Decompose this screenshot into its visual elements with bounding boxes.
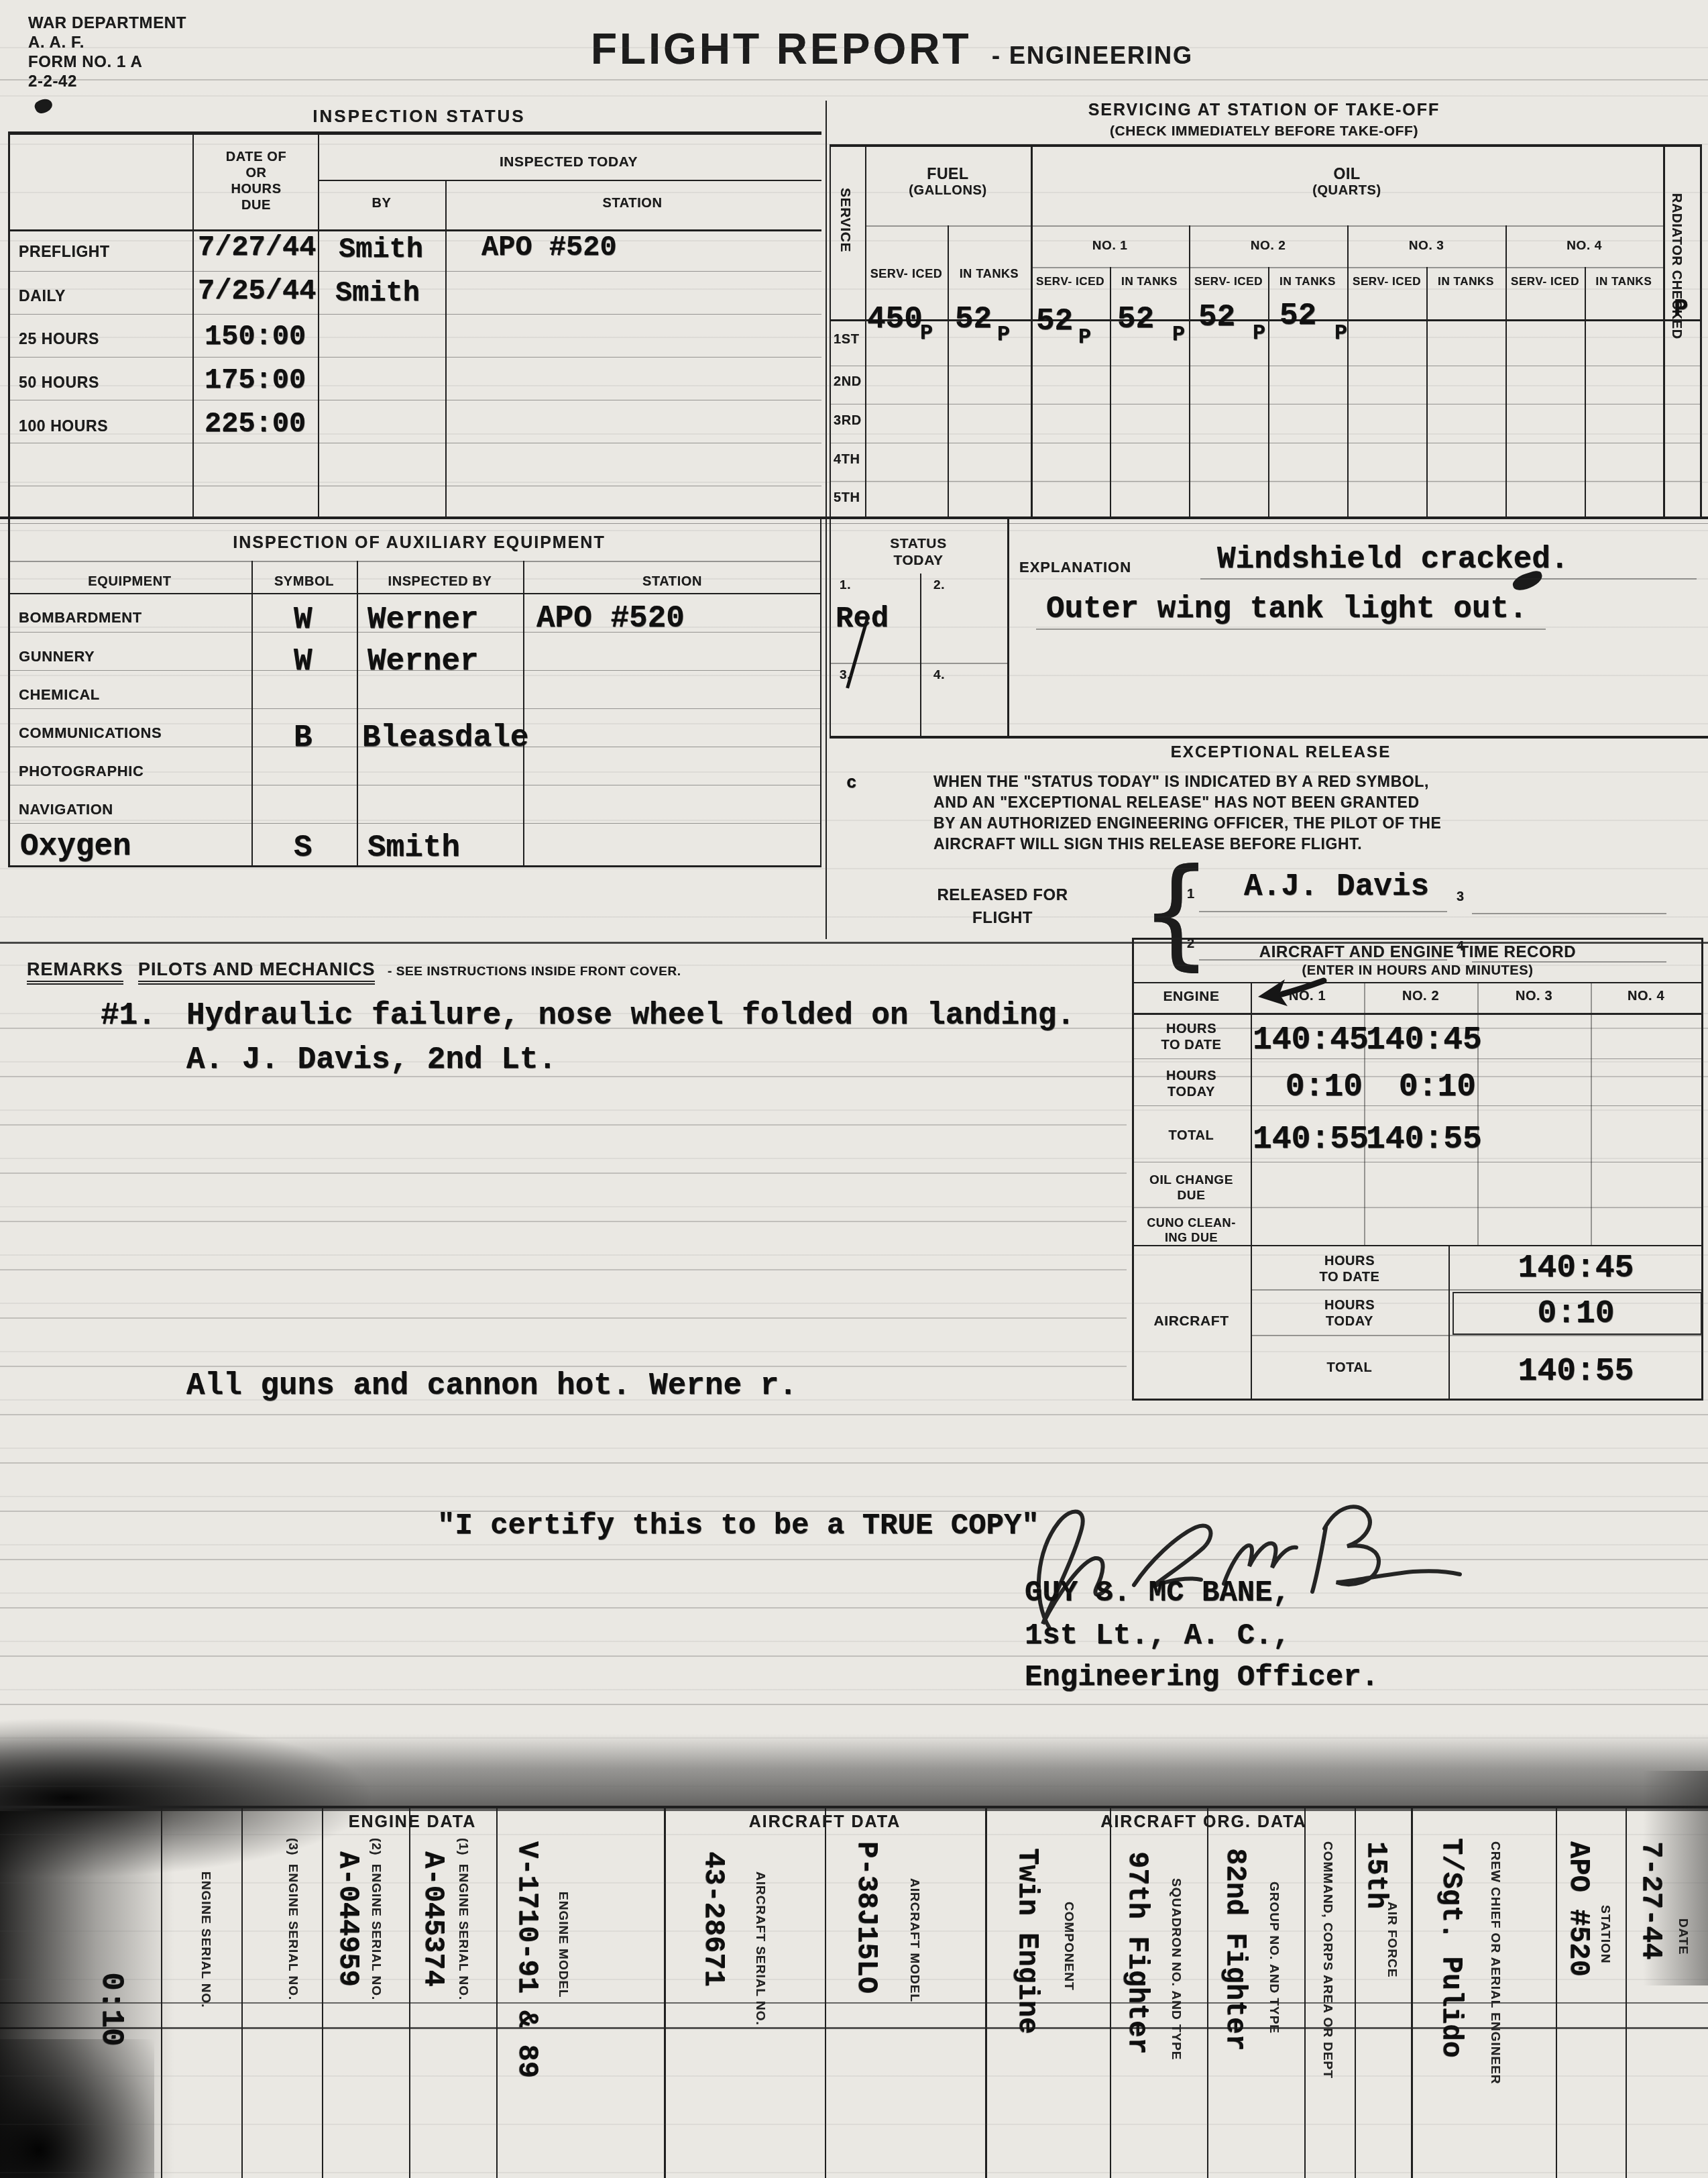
table-border <box>8 561 821 562</box>
header-line: TODAY <box>830 552 1007 569</box>
status-cell-3: 3. <box>840 668 851 683</box>
table-border <box>1132 1245 1703 1246</box>
aircraft-row-label: AIRCRAFT <box>1132 1313 1251 1329</box>
label-line: ING DUE <box>1132 1230 1251 1245</box>
table-border <box>830 144 831 518</box>
rule-line <box>1036 629 1546 630</box>
bombardment-by-entry: Werner <box>367 602 479 637</box>
rule-line <box>1200 578 1697 580</box>
label-line: HOURS <box>1251 1253 1448 1269</box>
table-border <box>1364 982 1365 1245</box>
bombardment-symbol-entry: W <box>294 602 312 637</box>
aircraft-hours-to-date-value: 140:45 <box>1448 1250 1703 1287</box>
serviced-subheader: SERV- ICED <box>1031 275 1110 288</box>
oil-header: OIL (QUARTS) <box>1031 165 1663 199</box>
scan-dark-corner <box>0 2039 154 2178</box>
label-line: CUNO CLEAN- <box>1132 1215 1251 1230</box>
service-vertical-label: SERVICE <box>837 188 853 335</box>
table-border <box>1585 267 1586 518</box>
table-border <box>1132 1399 1703 1401</box>
stub-column-line <box>409 1808 410 2178</box>
stub-column-line <box>322 1808 323 2178</box>
engine1-serial-entry: A-045374 <box>417 1851 449 1987</box>
stub-column-line <box>161 1808 162 2178</box>
row-label-chemical: CHEMICAL <box>19 686 100 704</box>
explanation-line-2: Outer wing tank light out. <box>1046 592 1528 627</box>
oxygen-by-entry: Smith <box>367 830 460 865</box>
engine1-hours-today: 0:10 <box>1253 1069 1363 1105</box>
aux-equipment-heading: INSPECTION OF AUXILIARY EQUIPMENT <box>101 533 738 553</box>
rule-line <box>1472 913 1666 914</box>
agency-line: WAR DEPARTMENT <box>28 13 186 33</box>
service-row-2nd: 2ND <box>834 374 862 390</box>
row-label-gunnery: GUNNERY <box>19 648 95 665</box>
table-border <box>318 131 319 518</box>
radiator-checked-vertical-label: RADIATOR CHECKED <box>1668 156 1699 377</box>
initial-p: P <box>1172 322 1185 347</box>
stub-column-line <box>825 1808 826 2178</box>
header-line: FLIGHT <box>909 907 1096 930</box>
rule-line <box>8 785 821 785</box>
page-title: FLIGHT REPORT - ENGINEERING <box>557 24 1227 74</box>
table-border <box>1031 267 1663 268</box>
stub-column-line <box>1110 1808 1111 2178</box>
header-line: DUE <box>196 197 317 213</box>
table-border <box>1347 225 1349 518</box>
stub-col-num: (2) <box>369 1838 383 1855</box>
serviced-subheader: SERV- ICED <box>1189 275 1268 288</box>
table-border <box>1110 267 1111 518</box>
stub-time-stamp: 0:10 <box>94 1972 129 2046</box>
hours-50-entry: 175:00 <box>205 364 306 396</box>
rule-line <box>8 314 821 315</box>
stub-col-num: (1) <box>456 1838 470 1855</box>
stub-label: (1) ENGINE SERIAL NO. <box>455 1838 470 2000</box>
table-border <box>865 225 1663 227</box>
stub-col-label: ENGINE SERIAL NO. <box>198 1871 213 2008</box>
header-line: RELEASED FOR <box>909 884 1096 907</box>
stub-column-line <box>241 1808 243 2178</box>
table-border <box>1132 938 1134 1401</box>
stub-col-label: DATE <box>1675 1918 1690 1955</box>
engine-no2-header: NO. 2 <box>1364 989 1477 1004</box>
table-border <box>1477 982 1479 1245</box>
rule-line <box>0 523 1708 524</box>
rule-line <box>830 366 1701 366</box>
stub-col-label: SQUADRON NO. AND TYPE <box>1168 1878 1183 2061</box>
rule-line <box>0 1269 1127 1270</box>
squadron-entry: 97th Fighter <box>1121 1851 1153 2054</box>
oil2-tanks-entry: 52 <box>1279 298 1316 333</box>
bombardment-station-entry: APO #520 <box>536 601 685 636</box>
table-border <box>1251 982 1252 1401</box>
remarks-word: REMARKS <box>27 959 123 985</box>
table-border <box>8 593 821 594</box>
oil-no4-header: NO. 4 <box>1505 239 1663 254</box>
header-line: FUEL <box>865 165 1031 183</box>
aircraft-model-entry: P-38J15LO <box>850 1841 883 1994</box>
paragraph-line: AIRCRAFT WILL SIGN THIS RELEASE BEFORE F… <box>933 834 1651 855</box>
rule-line <box>830 404 1701 404</box>
stub-col-label: AIRCRAFT MODEL <box>907 1878 921 2002</box>
time-record-heading: AIRCRAFT AND ENGINE TIME RECORD <box>1132 943 1703 962</box>
rule-line <box>0 1414 1708 1415</box>
in-tanks-subheader: IN TANKS <box>1110 275 1189 288</box>
engine1-hours-to-date: 140:45 <box>1253 1022 1363 1058</box>
rule-line <box>8 486 821 486</box>
time-record-subheading: (ENTER IN HOURS AND MINUTES) <box>1132 963 1703 979</box>
table-border <box>0 1806 1708 1808</box>
remarks-heading: REMARKS PILOTS AND MECHANICS - SEE INSTR… <box>27 959 681 980</box>
stub-col-label: ENGINE SERIAL NO. <box>369 1864 383 2001</box>
remark-item-number: #1. <box>101 998 156 1033</box>
rule-line <box>0 79 1708 80</box>
station-header: STATION <box>445 196 819 211</box>
agency-line: A. A. F. <box>28 33 186 52</box>
status-cell-2: 2. <box>933 578 945 593</box>
engine-col-header: ENGINE <box>1132 989 1251 1005</box>
by-header: BY <box>318 196 445 211</box>
header-line: HOURS <box>196 181 317 197</box>
label-line: DUE <box>1132 1188 1251 1203</box>
label-line: HOURS <box>1251 1297 1448 1313</box>
stub-date-entry: 7-27-44 <box>1635 1841 1667 1959</box>
aircraft-hours-to-date-label: HOURS TO DATE <box>1251 1253 1448 1285</box>
table-border <box>1132 1013 1703 1015</box>
stray-mark: c <box>846 773 857 793</box>
gunnery-symbol-entry: W <box>294 644 312 679</box>
title-sub: - ENGINEERING <box>992 42 1193 69</box>
rule-line <box>0 1366 1127 1367</box>
table-border <box>1268 267 1269 518</box>
pilot-release-signature-entry: A.J. Davis <box>1244 869 1429 904</box>
label-line: TODAY <box>1251 1313 1448 1329</box>
row-label-cuno-cleaning-due: CUNO CLEAN- ING DUE <box>1132 1215 1251 1245</box>
row-label-hours-today: HOURS TODAY <box>1132 1068 1251 1100</box>
row-label-50-hours: 50 HOURS <box>19 374 99 392</box>
released-for-flight-label: RELEASED FOR FLIGHT <box>909 884 1096 930</box>
engine1-total: 140:55 <box>1253 1122 1363 1158</box>
row-label-25-hours: 25 HOURS <box>19 330 99 348</box>
inspected-today-header: INSPECTED TODAY <box>318 154 819 170</box>
row-label-preflight: PREFLIGHT <box>19 243 110 261</box>
daily-by-entry: Smith <box>335 277 420 309</box>
rule-line <box>0 1462 1708 1464</box>
rule-line <box>0 1124 1127 1126</box>
rule-line <box>1132 1207 1703 1208</box>
stub-col-label: STATION <box>1597 1905 1612 1964</box>
rule-line <box>1132 1105 1703 1106</box>
rule-line <box>0 1704 1708 1705</box>
engine-no4-header: NO. 4 <box>1591 989 1701 1004</box>
inspected-by-header: INSPECTED BY <box>357 574 523 590</box>
paragraph-line: WHEN THE "STATUS TODAY" IS INDICATED BY … <box>933 771 1651 792</box>
header-line: (GALLONS) <box>865 183 1031 199</box>
table-border <box>830 736 1708 739</box>
table-border <box>1505 225 1507 518</box>
table-border <box>1132 938 1703 940</box>
aircraft-hours-today-label: HOURS TODAY <box>1251 1297 1448 1329</box>
engine2-total: 140:55 <box>1366 1122 1476 1158</box>
certify-true-copy-line: "I certify this to be a TRUE COPY" <box>437 1509 1039 1543</box>
table-border <box>523 561 524 865</box>
table-border <box>1031 144 1033 518</box>
rule-line <box>8 708 821 709</box>
stub-column-line <box>1304 1808 1306 2178</box>
table-border <box>920 574 921 736</box>
inspection-status-heading: INSPECTION STATUS <box>201 106 637 127</box>
serviced-subheader: SERV- ICED <box>1347 275 1426 288</box>
row-label-total: TOTAL <box>1132 1128 1251 1144</box>
pilots-mechanics-word: PILOTS AND MECHANICS <box>138 959 376 985</box>
oxygen-symbol-entry: S <box>294 830 312 865</box>
preflight-date-entry: 7/27/44 <box>198 231 316 264</box>
section-divider <box>825 101 827 939</box>
label-line: HOURS <box>1132 1068 1251 1084</box>
engine-data-heading: ENGINE DATA <box>245 1812 580 1832</box>
label-line: TO DATE <box>1251 1269 1448 1285</box>
service-row-3rd: 3RD <box>834 413 862 429</box>
stub-col-label: ENGINE MODEL <box>555 1892 570 1998</box>
fuel-header: FUEL (GALLONS) <box>865 165 1031 199</box>
engine-model-entry: V-1710-91 & 89 <box>511 1841 543 2078</box>
table-border <box>8 865 821 867</box>
engine2-hours-today: 0:10 <box>1366 1069 1476 1105</box>
rule-line <box>8 357 821 358</box>
row-label-navigation: NAVIGATION <box>19 801 113 818</box>
row-label-oxygen-typed: Oxygen <box>20 829 131 864</box>
rule-line <box>8 443 821 443</box>
aircraft-total-value: 140:55 <box>1448 1354 1703 1390</box>
stub-col-label: ENGINE SERIAL NO. <box>286 1864 300 2001</box>
service-row-1st: 1ST <box>834 332 859 347</box>
rule-line <box>1132 1058 1703 1059</box>
stub-column-line <box>1207 1808 1208 2178</box>
certify-name: GUY S. MC BANE, <box>1025 1576 1290 1610</box>
exceptional-release-heading: EXCEPTIONAL RELEASE <box>1006 743 1556 762</box>
rule-line <box>0 1317 1127 1319</box>
header-line: (QUARTS) <box>1031 183 1663 199</box>
rule-line <box>8 271 821 272</box>
flight-report-form-scan: WAR DEPARTMENT A. A. F. FORM NO. 1 A 2-2… <box>0 0 1708 2178</box>
crew-chief-entry: T/Sgt. Pulido <box>1435 1838 1467 2058</box>
engine2-hours-to-date: 140:45 <box>1366 1022 1476 1058</box>
release-slot-1: 1 <box>1187 887 1195 902</box>
stub-label: (3) ENGINE SERIAL NO. <box>285 1838 300 2000</box>
servicing-subheading: (CHECK IMMEDIATELY BEFORE TAKE-OFF) <box>865 123 1663 140</box>
aircraft-org-data-heading: AIRCRAFT ORG. DATA <box>1006 1812 1402 1832</box>
group-entry: 82nd Fighter <box>1219 1848 1251 2051</box>
rule-line <box>8 823 821 824</box>
oil-no1-header: NO. 1 <box>1031 239 1189 254</box>
row-label-100-hours: 100 HOURS <box>19 417 108 435</box>
label-line: TODAY <box>1132 1084 1251 1100</box>
table-border <box>192 131 194 518</box>
rule-line <box>830 481 1701 482</box>
in-tanks-subheader: IN TANKS <box>1268 275 1347 288</box>
header-line: STATUS <box>830 535 1007 552</box>
stub-section-line <box>985 1808 987 2178</box>
in-tanks-subheader: IN TANKS <box>1426 275 1505 288</box>
engine2-serial-entry: A-044959 <box>332 1851 364 1987</box>
component-entry: Twin Engine <box>1011 1848 1043 2034</box>
certify-rank: 1st Lt., A. C., <box>1025 1619 1290 1653</box>
stub-col-label: AIR FORCE <box>1384 1902 1399 1978</box>
stub-column-line <box>496 1808 498 2178</box>
row-label-hours-to-date: HOURS TO DATE <box>1132 1021 1251 1053</box>
table-border <box>1189 225 1190 518</box>
title-main: FLIGHT REPORT <box>591 25 972 73</box>
aircraft-data-heading: AIRCRAFT DATA <box>671 1812 979 1832</box>
station-header: STATION <box>523 574 821 590</box>
row-label-bombardment: BOMBARDMENT <box>19 609 142 627</box>
stub-label: (2) ENGINE SERIAL NO. <box>368 1838 383 2000</box>
rule-line <box>0 1655 1708 1657</box>
table-border <box>8 229 821 231</box>
table-border <box>1591 982 1592 1245</box>
pencil-arrow-mark <box>1253 974 1326 1014</box>
label-line: HOURS <box>1132 1021 1251 1037</box>
stub-column-line <box>1556 1808 1557 2178</box>
daily-date-entry: 7/25/44 <box>198 275 316 307</box>
equipment-header: EQUIPMENT <box>8 574 251 590</box>
remarks-note: - SEE INSTRUCTIONS INSIDE FRONT COVER. <box>388 965 681 979</box>
preflight-station-entry: APO #520 <box>481 231 617 264</box>
table-border <box>1007 518 1009 736</box>
initial-p: P <box>1078 325 1091 349</box>
aircraft-serial-entry: 43-28671 <box>697 1851 730 1987</box>
aircraft-total-label: TOTAL <box>1251 1360 1448 1376</box>
release-slot-3: 3 <box>1457 889 1465 905</box>
table-border <box>357 561 358 865</box>
table-border <box>318 180 821 181</box>
stub-section-line <box>1411 1808 1413 2178</box>
table-border <box>830 663 1009 664</box>
stub-station-entry: APO #520 <box>1562 1841 1595 1977</box>
servicing-heading: SERVICING AT STATION OF TAKE-OFF <box>865 101 1663 120</box>
release-paragraph: WHEN THE "STATUS TODAY" IS INDICATED BY … <box>933 771 1651 855</box>
rule-line <box>8 400 821 400</box>
serviced-subheader: SERV- ICED <box>1505 275 1585 288</box>
stub-col-label: COMMAND, CORPS AREA OR DEPT <box>1320 1841 1334 2079</box>
scan-smudge-blob <box>0 1717 376 1878</box>
rule-line <box>1199 911 1447 912</box>
oil1-tanks-entry: 52 <box>1117 302 1154 337</box>
air-force-entry: 15th <box>1360 1841 1392 1909</box>
preflight-by-entry: Smith <box>339 233 423 266</box>
rule-line <box>1251 1335 1703 1336</box>
symbol-header: SYMBOL <box>251 574 357 590</box>
table-border <box>251 561 253 865</box>
status-today-header: STATUS TODAY <box>830 535 1007 569</box>
stub-column-line <box>1355 1808 1356 2178</box>
hours-25-entry: 150:00 <box>205 321 306 353</box>
remark-line-2: A. J. Davis, 2nd Lt. <box>186 1042 557 1077</box>
radiator-checked-entry: P <box>1674 295 1689 323</box>
remark-line-1: Hydraulic failure, nose wheel folded on … <box>186 998 1075 1033</box>
in-tanks-subheader: IN TANKS <box>948 267 1031 281</box>
status-cell-4: 4. <box>933 668 945 683</box>
fuel-tanks-entry: 52 <box>955 302 992 337</box>
table-border <box>8 131 821 135</box>
stub-section-line <box>664 1808 666 2178</box>
table-border <box>865 144 866 518</box>
scan-smudge-band <box>0 1734 1708 1811</box>
initial-p: P <box>997 322 1010 347</box>
oil1-serviced-entry: 52 <box>1036 304 1073 339</box>
paragraph-line: BY AN AUTHORIZED ENGINEERING OFFICER, TH… <box>933 813 1651 834</box>
rule-line <box>830 443 1701 443</box>
table-border <box>1426 267 1428 518</box>
initial-p: P <box>1334 321 1347 345</box>
row-label-daily: DAILY <box>19 287 66 305</box>
label-line: OIL CHANGE <box>1132 1173 1251 1188</box>
remark-line-3: All guns and cannon hot. Werne r. <box>186 1368 797 1403</box>
fuel-serviced-entry: 450 <box>867 302 923 337</box>
status-cell-1: 1. <box>840 578 851 593</box>
row-label-communications: COMMUNICATIONS <box>19 724 162 742</box>
table-border <box>1132 982 1703 983</box>
explanation-label: EXPLANATION <box>1019 559 1131 576</box>
oil-no3-header: NO. 3 <box>1347 239 1505 254</box>
row-label-oil-change-due: OIL CHANGE DUE <box>1132 1173 1251 1203</box>
aircraft-hours-today-value: 0:10 <box>1448 1296 1703 1332</box>
stub-col-num: (3) <box>286 1838 300 1855</box>
rule-line <box>1251 1289 1703 1291</box>
stub-col-label: CREW CHIEF OR AERIAL ENGINEER <box>1487 1841 1502 2085</box>
agency-line: FORM NO. 1 A <box>28 52 186 72</box>
initial-p: P <box>920 321 933 345</box>
hours-100-entry: 225:00 <box>205 408 306 440</box>
paragraph-line: AND AN "EXCEPTIONAL RELEASE" HAS NOT BEE… <box>933 792 1651 813</box>
rule-line <box>0 516 1708 519</box>
table-border <box>8 131 10 865</box>
stub-col-label: AIRCRAFT SERIAL NO. <box>752 1871 767 2026</box>
ink-speck <box>33 96 54 115</box>
header-line: OR <box>196 165 317 181</box>
rule-line <box>0 1173 1127 1174</box>
header-line: OIL <box>1031 165 1663 183</box>
service-row-4th: 4TH <box>834 452 860 468</box>
table-border <box>830 144 1701 147</box>
communications-by-entry: Bleasdale <box>362 720 528 755</box>
label-line: TO DATE <box>1132 1037 1251 1053</box>
rule-line <box>1132 1162 1703 1162</box>
certify-title: Engineering Officer. <box>1025 1661 1379 1694</box>
oil-no2-header: NO. 2 <box>1189 239 1347 254</box>
header-line: DATE OF <box>196 149 317 165</box>
rule-line <box>0 1221 1127 1222</box>
row-label-photographic: PHOTOGRAPHIC <box>19 763 144 780</box>
stub-col-label: GROUP NO. AND TYPE <box>1266 1882 1281 2034</box>
date-or-hours-due-header: DATE OF OR HOURS DUE <box>196 149 317 213</box>
table-border <box>1700 144 1702 518</box>
status-red-entry: Red <box>836 602 889 636</box>
stub-col-label: COMPONENT <box>1061 1902 1076 1991</box>
stub-label: ENGINE SERIAL NO. <box>198 1871 213 2008</box>
table-border <box>820 518 821 865</box>
service-row-5th: 5TH <box>834 490 860 506</box>
agency-line: 2-2-42 <box>28 72 186 91</box>
engine-no3-header: NO. 3 <box>1477 989 1591 1004</box>
gunnery-by-entry: Werner <box>367 644 479 679</box>
serviced-subheader: SERV- ICED <box>865 267 948 281</box>
in-tanks-subheader: IN TANKS <box>1585 275 1663 288</box>
stub-column-line <box>1626 1808 1627 2178</box>
oil2-serviced-entry: 52 <box>1198 300 1235 335</box>
communications-symbol-entry: B <box>294 720 312 755</box>
table-border <box>1663 144 1665 518</box>
